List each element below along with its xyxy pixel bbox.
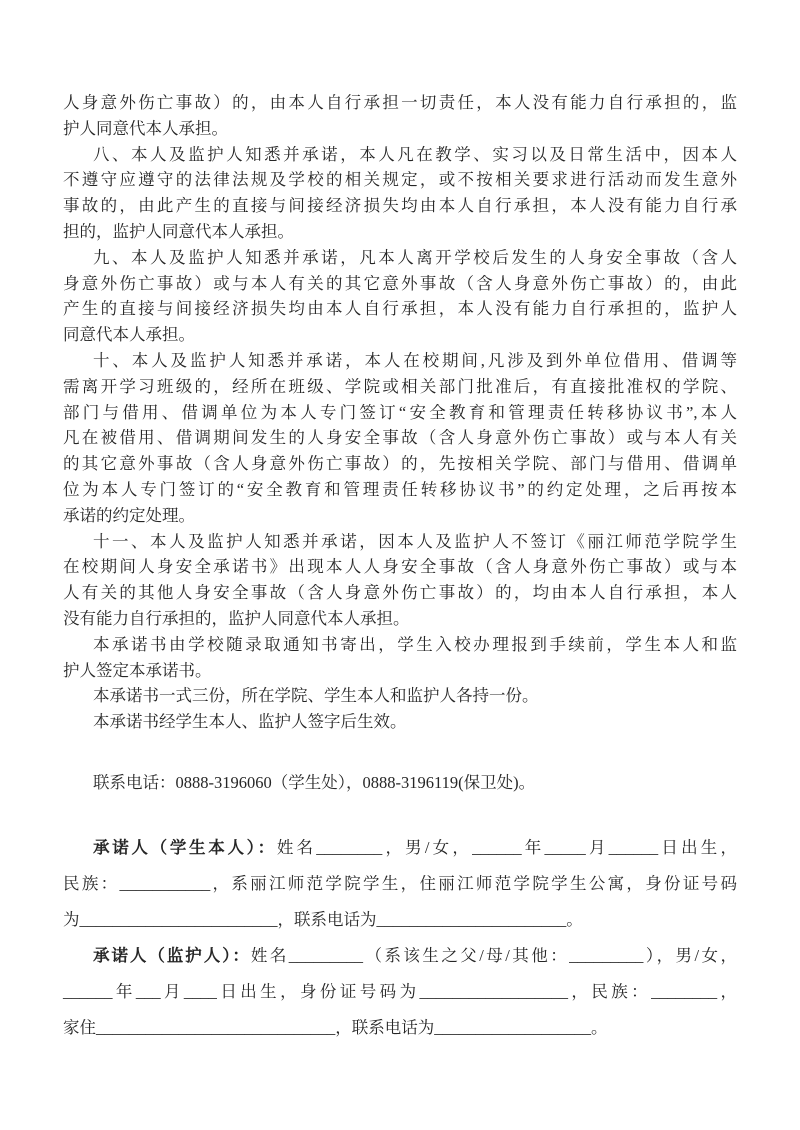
body-text-line: 没有能力自行承担的，监护人同意代本人承担。 [63, 606, 737, 632]
body-text-line: 事故的，由此产生的直接与间接经济损失均由本人自行承担，本人没有能力自行承 [63, 193, 737, 219]
body-text-line: 八、本人及监护人知悉并承诺，本人凡在教学、实习以及日常生活中，因本人 [63, 142, 737, 168]
body-text-line: 需离开学习班级的，经所在班级、学院或相关部门批准后，有直接批准权的学院、 [63, 374, 737, 400]
body-text-line: 十、本人及监护人知悉并承诺，本人在校期间,凡涉及到外单位借用、借调等 [63, 348, 737, 374]
body-paragraphs: 人身意外伤亡事故）的，由本人自行承担一切责任，本人没有能力自行承担的，监护人同意… [63, 90, 737, 735]
document-page: 人身意外伤亡事故）的，由本人自行承担一切责任，本人没有能力自行承担的，监护人同意… [0, 0, 800, 1130]
body-text-line: 九、本人及监护人知悉并承诺，凡本人离开学校后发生的人身安全事故（含人 [63, 245, 737, 271]
body-text-line: 部门与借用、借调单位为本人专门签订“安全教育和管理责任转移协议书”,本人 [63, 400, 737, 426]
student-signer-label: 承诺人（学生本人）： [93, 839, 277, 857]
body-text-line: 护人签定本承诺书。 [63, 658, 737, 684]
student-name-gender-birth-fields: 姓名________，男/女，______年_____月______日出生， [277, 838, 737, 857]
body-text-line: 人有关的其他人身安全事故（含人身意外伤亡事故）的，均由本人自行承担，本人 [63, 580, 737, 606]
guardian-signer-label: 承诺人（监护人）： [93, 947, 251, 965]
contact-phone-line: 联系电话：0888-3196060（学生处），0888-3196119(保卫处)… [63, 770, 737, 796]
body-text-line: 不遵守应遵守的法律法规及学校的相关规定，或不按相关要求进行活动而发生意外 [63, 167, 737, 193]
body-text-line: 人身意外伤亡事故）的，由本人自行承担一切责任，本人没有能力自行承担的，监 [63, 90, 737, 116]
guardian-signature-block: 承诺人（监护人）：姓名_________（系该生之父/母/其他：________… [63, 938, 737, 1046]
guardian-name-relation-gender-fields: 姓名_________（系该生之父/母/其他：_________），男/女， [251, 946, 737, 965]
body-text-line: 产生的直接与间接经济损失均由本人自行承担，本人没有能力自行承担的，监护人 [63, 296, 737, 322]
body-text-line: 同意代本人承担。 [63, 322, 737, 348]
body-text-line: 在校期间人身安全承诺书》出现本人人身安全事故（含人身意外伤亡事故）或与本 [63, 554, 737, 580]
body-text-line: 身意外伤亡事故）或与本人有关的其它意外事故（含人身意外伤亡事故）的，由此 [63, 271, 737, 297]
student-signature-block: 承诺人（学生本人）：姓名________，男/女，______年_____月__… [63, 830, 737, 938]
guardian-signature-line-1: 承诺人（监护人）：姓名_________（系该生之父/母/其他：________… [63, 938, 737, 974]
body-text-line: 本承诺书经学生本人、监护人签字后生效。 [63, 709, 737, 735]
commitment-letter-body: 人身意外伤亡事故）的，由本人自行承担一切责任，本人没有能力自行承担的，监护人同意… [63, 90, 737, 1046]
student-ethnicity-residence-id-fields: 民族：___________，系丽江师范学院学生，住丽江师范学院学生公寓，身份证… [63, 866, 737, 902]
body-text-line: 护人同意代本人承担。 [63, 116, 737, 142]
student-id-phone-fields: 为________________________，联系电话为_________… [63, 902, 737, 938]
body-text-line: 承诺的约定处理。 [63, 503, 737, 529]
guardian-birth-id-ethnicity-fields: ______年___月____日出生，身份证号码为_______________… [63, 974, 737, 1010]
body-text-line: 担的，监护人同意代本人承担。 [63, 219, 737, 245]
guardian-address-phone-fields: 家住_____________________________，联系电话为___… [63, 1010, 737, 1046]
body-text-line: 本承诺书由学校随录取通知书寄出，学生入校办理报到手续前，学生本人和监 [63, 632, 737, 658]
body-text-line: 位为本人专门签订的“安全教育和管理责任转移协议书”的约定处理，之后再按本 [63, 477, 737, 503]
body-text-line: 本承诺书一式三份，所在学院、学生本人和监护人各持一份。 [63, 683, 737, 709]
body-text-line: 凡在被借用、借调期间发生的人身安全事故（含人身意外伤亡事故）或与本人有关 [63, 425, 737, 451]
body-text-line: 的其它意外事故（含人身意外伤亡事故）的，先按相关学院、部门与借用、借调单 [63, 451, 737, 477]
body-text-line: 十一、本人及监护人知悉并承诺，因本人及监护人不签订《丽江师范学院学生 [63, 529, 737, 555]
signature-section: 承诺人（学生本人）：姓名________，男/女，______年_____月__… [63, 830, 737, 1046]
student-signature-line-1: 承诺人（学生本人）：姓名________，男/女，______年_____月__… [63, 830, 737, 866]
